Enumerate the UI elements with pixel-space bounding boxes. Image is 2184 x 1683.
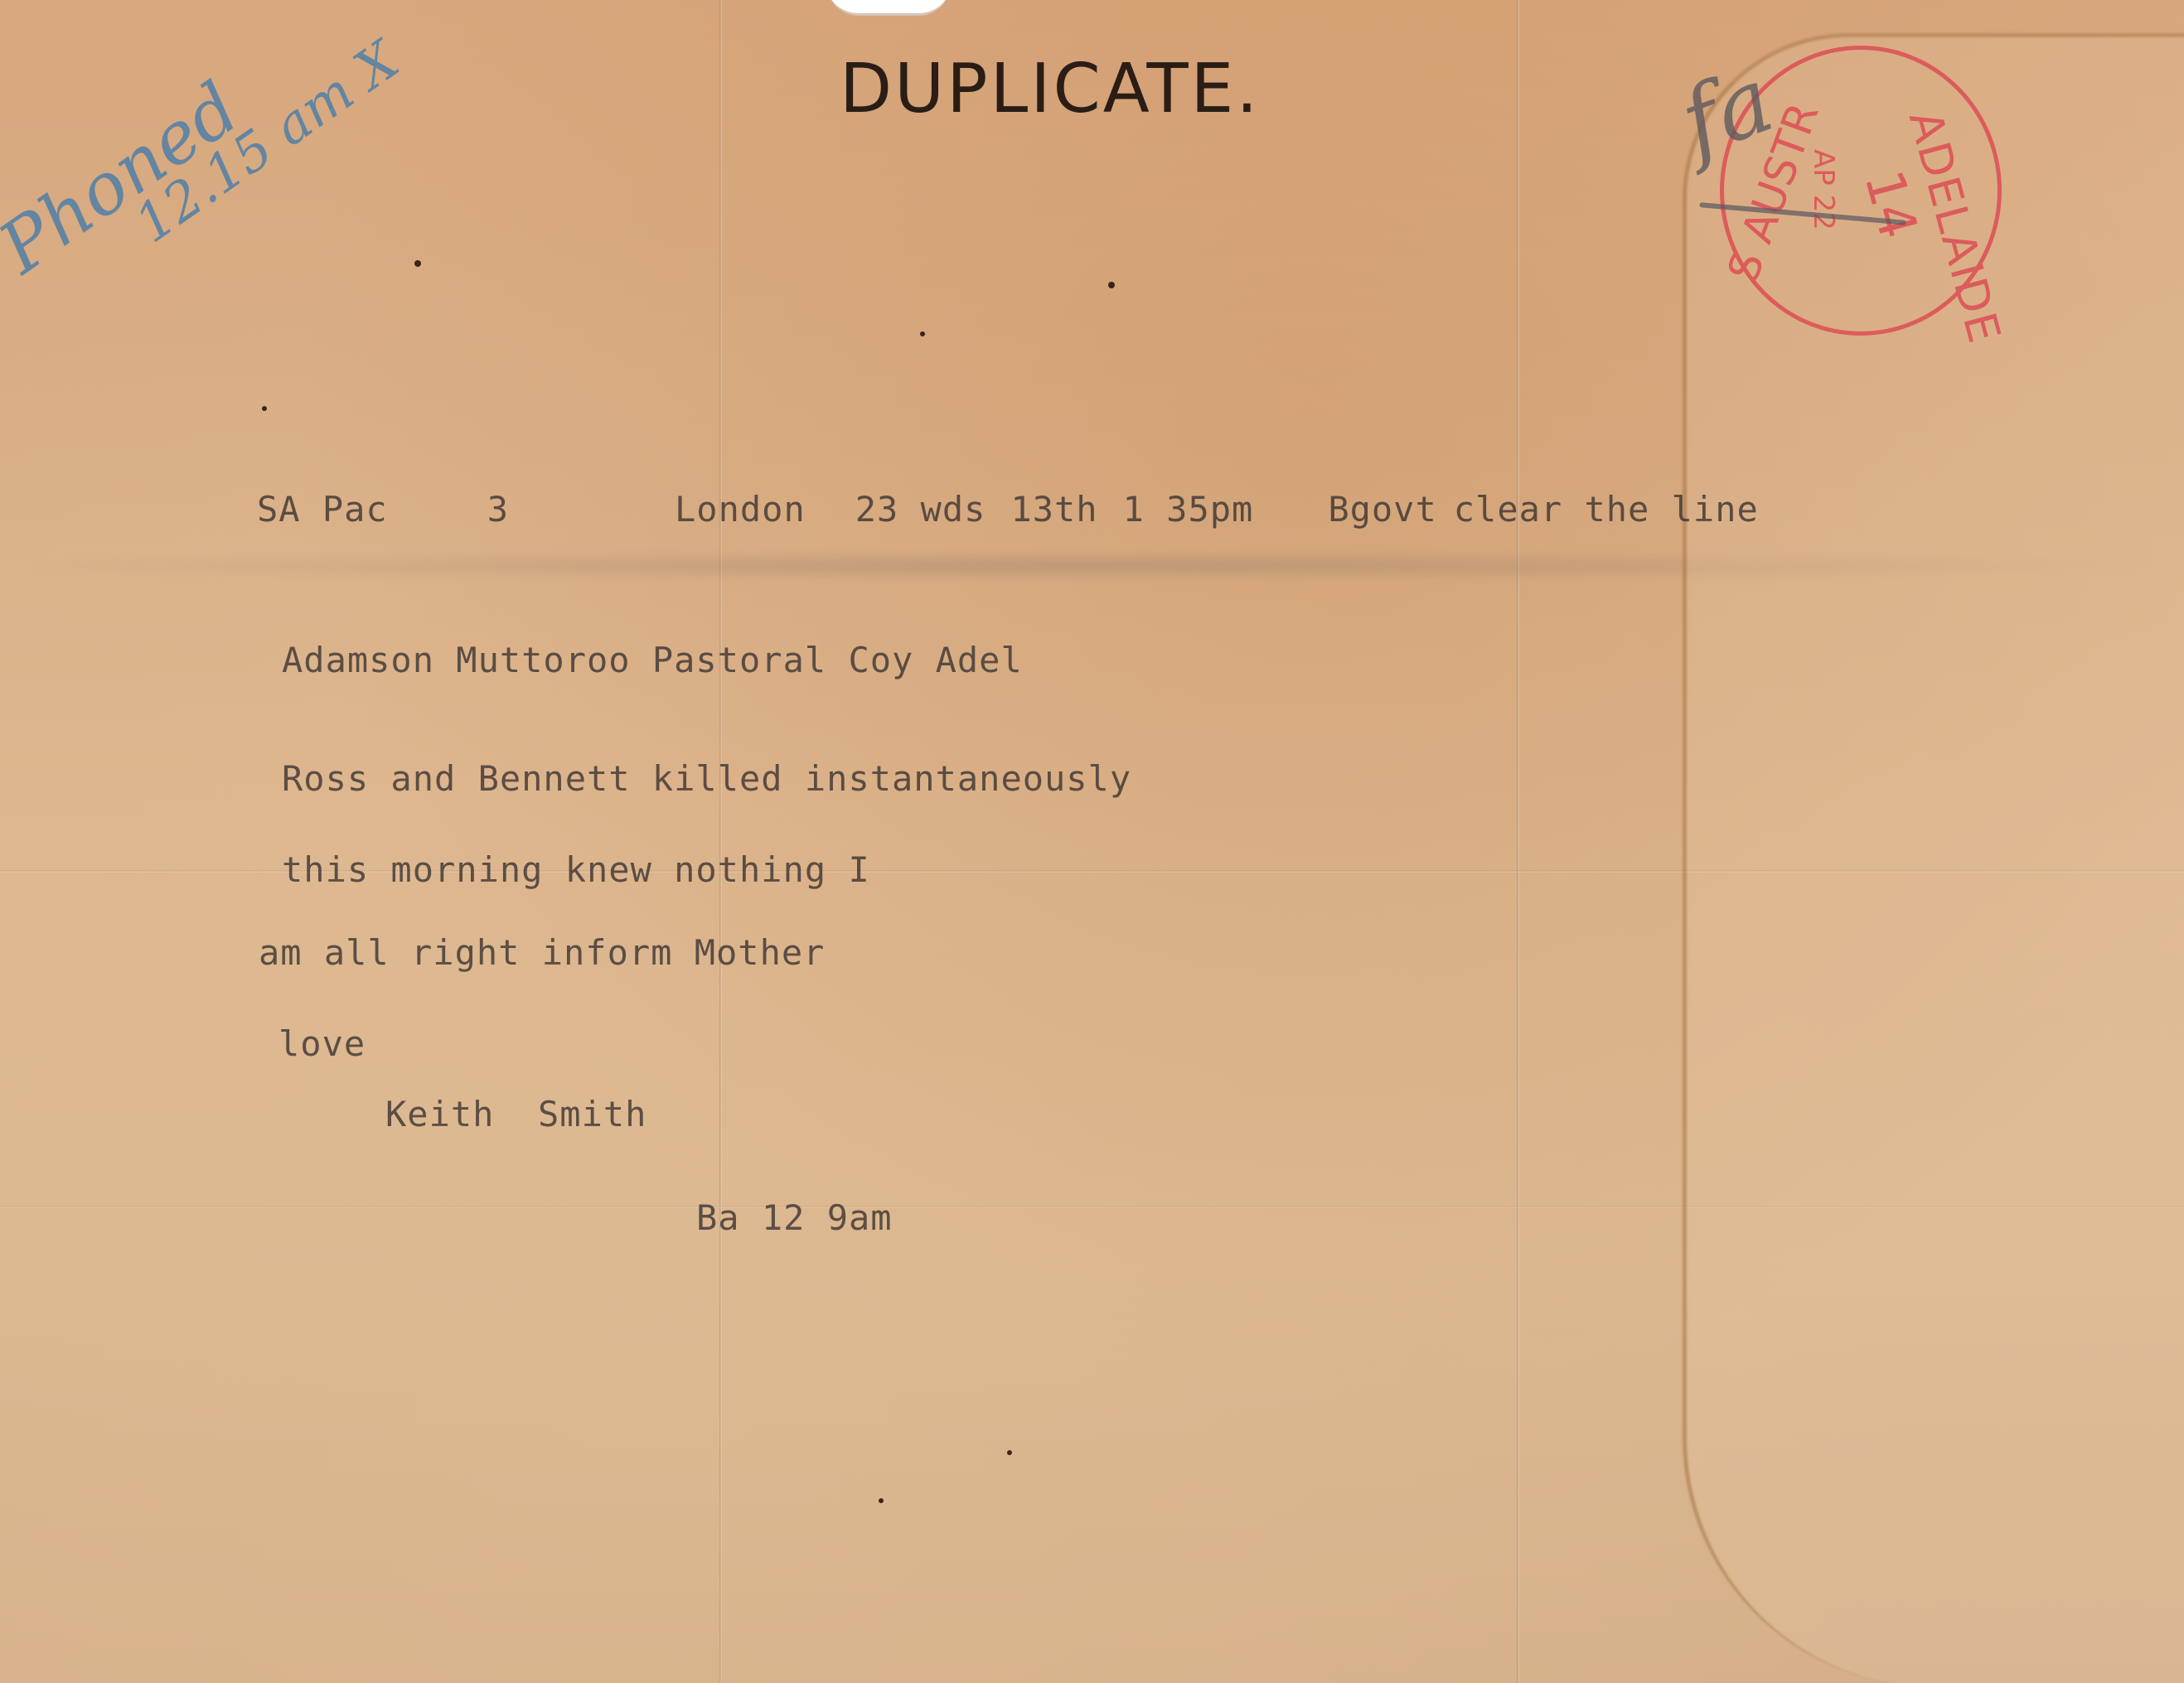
service-instruction: clear the line bbox=[1454, 489, 1759, 530]
paper-speck bbox=[879, 1498, 884, 1503]
receipt-footer: Ba 12 9am bbox=[696, 1197, 893, 1238]
paper-speck bbox=[1007, 1450, 1012, 1455]
paper-speck bbox=[920, 331, 925, 336]
document-title: DUPLICATE. bbox=[840, 50, 1260, 128]
telegram-paper: DUPLICATE. Phoned 12.15 am X ADELAIDE S … bbox=[0, 0, 2184, 1683]
message-number: 3 bbox=[487, 489, 509, 530]
paper-speck bbox=[414, 260, 421, 267]
message-line-3: am all right inform Mother bbox=[259, 932, 825, 973]
handwritten-note-line1: Phoned bbox=[0, 0, 385, 290]
fold-line-vertical-right bbox=[1517, 0, 1519, 1683]
sent-time: 1 35pm bbox=[1123, 489, 1254, 530]
top-notch bbox=[826, 0, 951, 16]
fold-line-vertical-left bbox=[719, 0, 722, 1683]
paper-speck bbox=[1108, 282, 1115, 288]
telegram-header-line: SA Pac3London23 wds13th1 35pmBgovtclear … bbox=[257, 489, 1759, 530]
word-count: 23 wds bbox=[855, 489, 986, 530]
origin-office: SA Pac bbox=[257, 489, 388, 530]
handwritten-note: Phoned 12.15 am X bbox=[0, 0, 410, 326]
paper-speck bbox=[262, 406, 267, 411]
service-code: Bgovt bbox=[1328, 489, 1436, 530]
sent-date: 13th bbox=[1010, 489, 1097, 530]
message-line-2: this morning knew nothing I bbox=[282, 849, 870, 890]
recipient-address: Adamson Muttoroo Pastoral Coy Adel bbox=[282, 640, 1023, 680]
origin-place: London bbox=[675, 489, 806, 530]
message-line-1: Ross and Bennett killed instantaneously bbox=[282, 758, 1131, 799]
signature: Keith Smith bbox=[385, 1094, 646, 1134]
closing: love bbox=[278, 1023, 366, 1064]
